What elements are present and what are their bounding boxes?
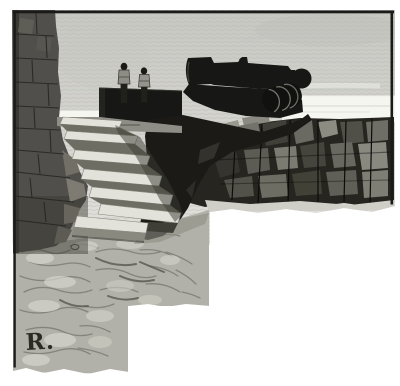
figure-head <box>141 67 147 74</box>
cloud-shading <box>255 14 400 46</box>
engraving-illustration: R. <box>0 0 400 386</box>
border-top <box>13 11 394 14</box>
cannon-sight-nub <box>239 58 245 64</box>
border-right <box>391 11 394 205</box>
border-left <box>14 11 16 368</box>
engraving-page: R. <box>0 0 400 386</box>
figure-head <box>121 63 128 71</box>
artist-monogram: R. <box>25 328 55 356</box>
